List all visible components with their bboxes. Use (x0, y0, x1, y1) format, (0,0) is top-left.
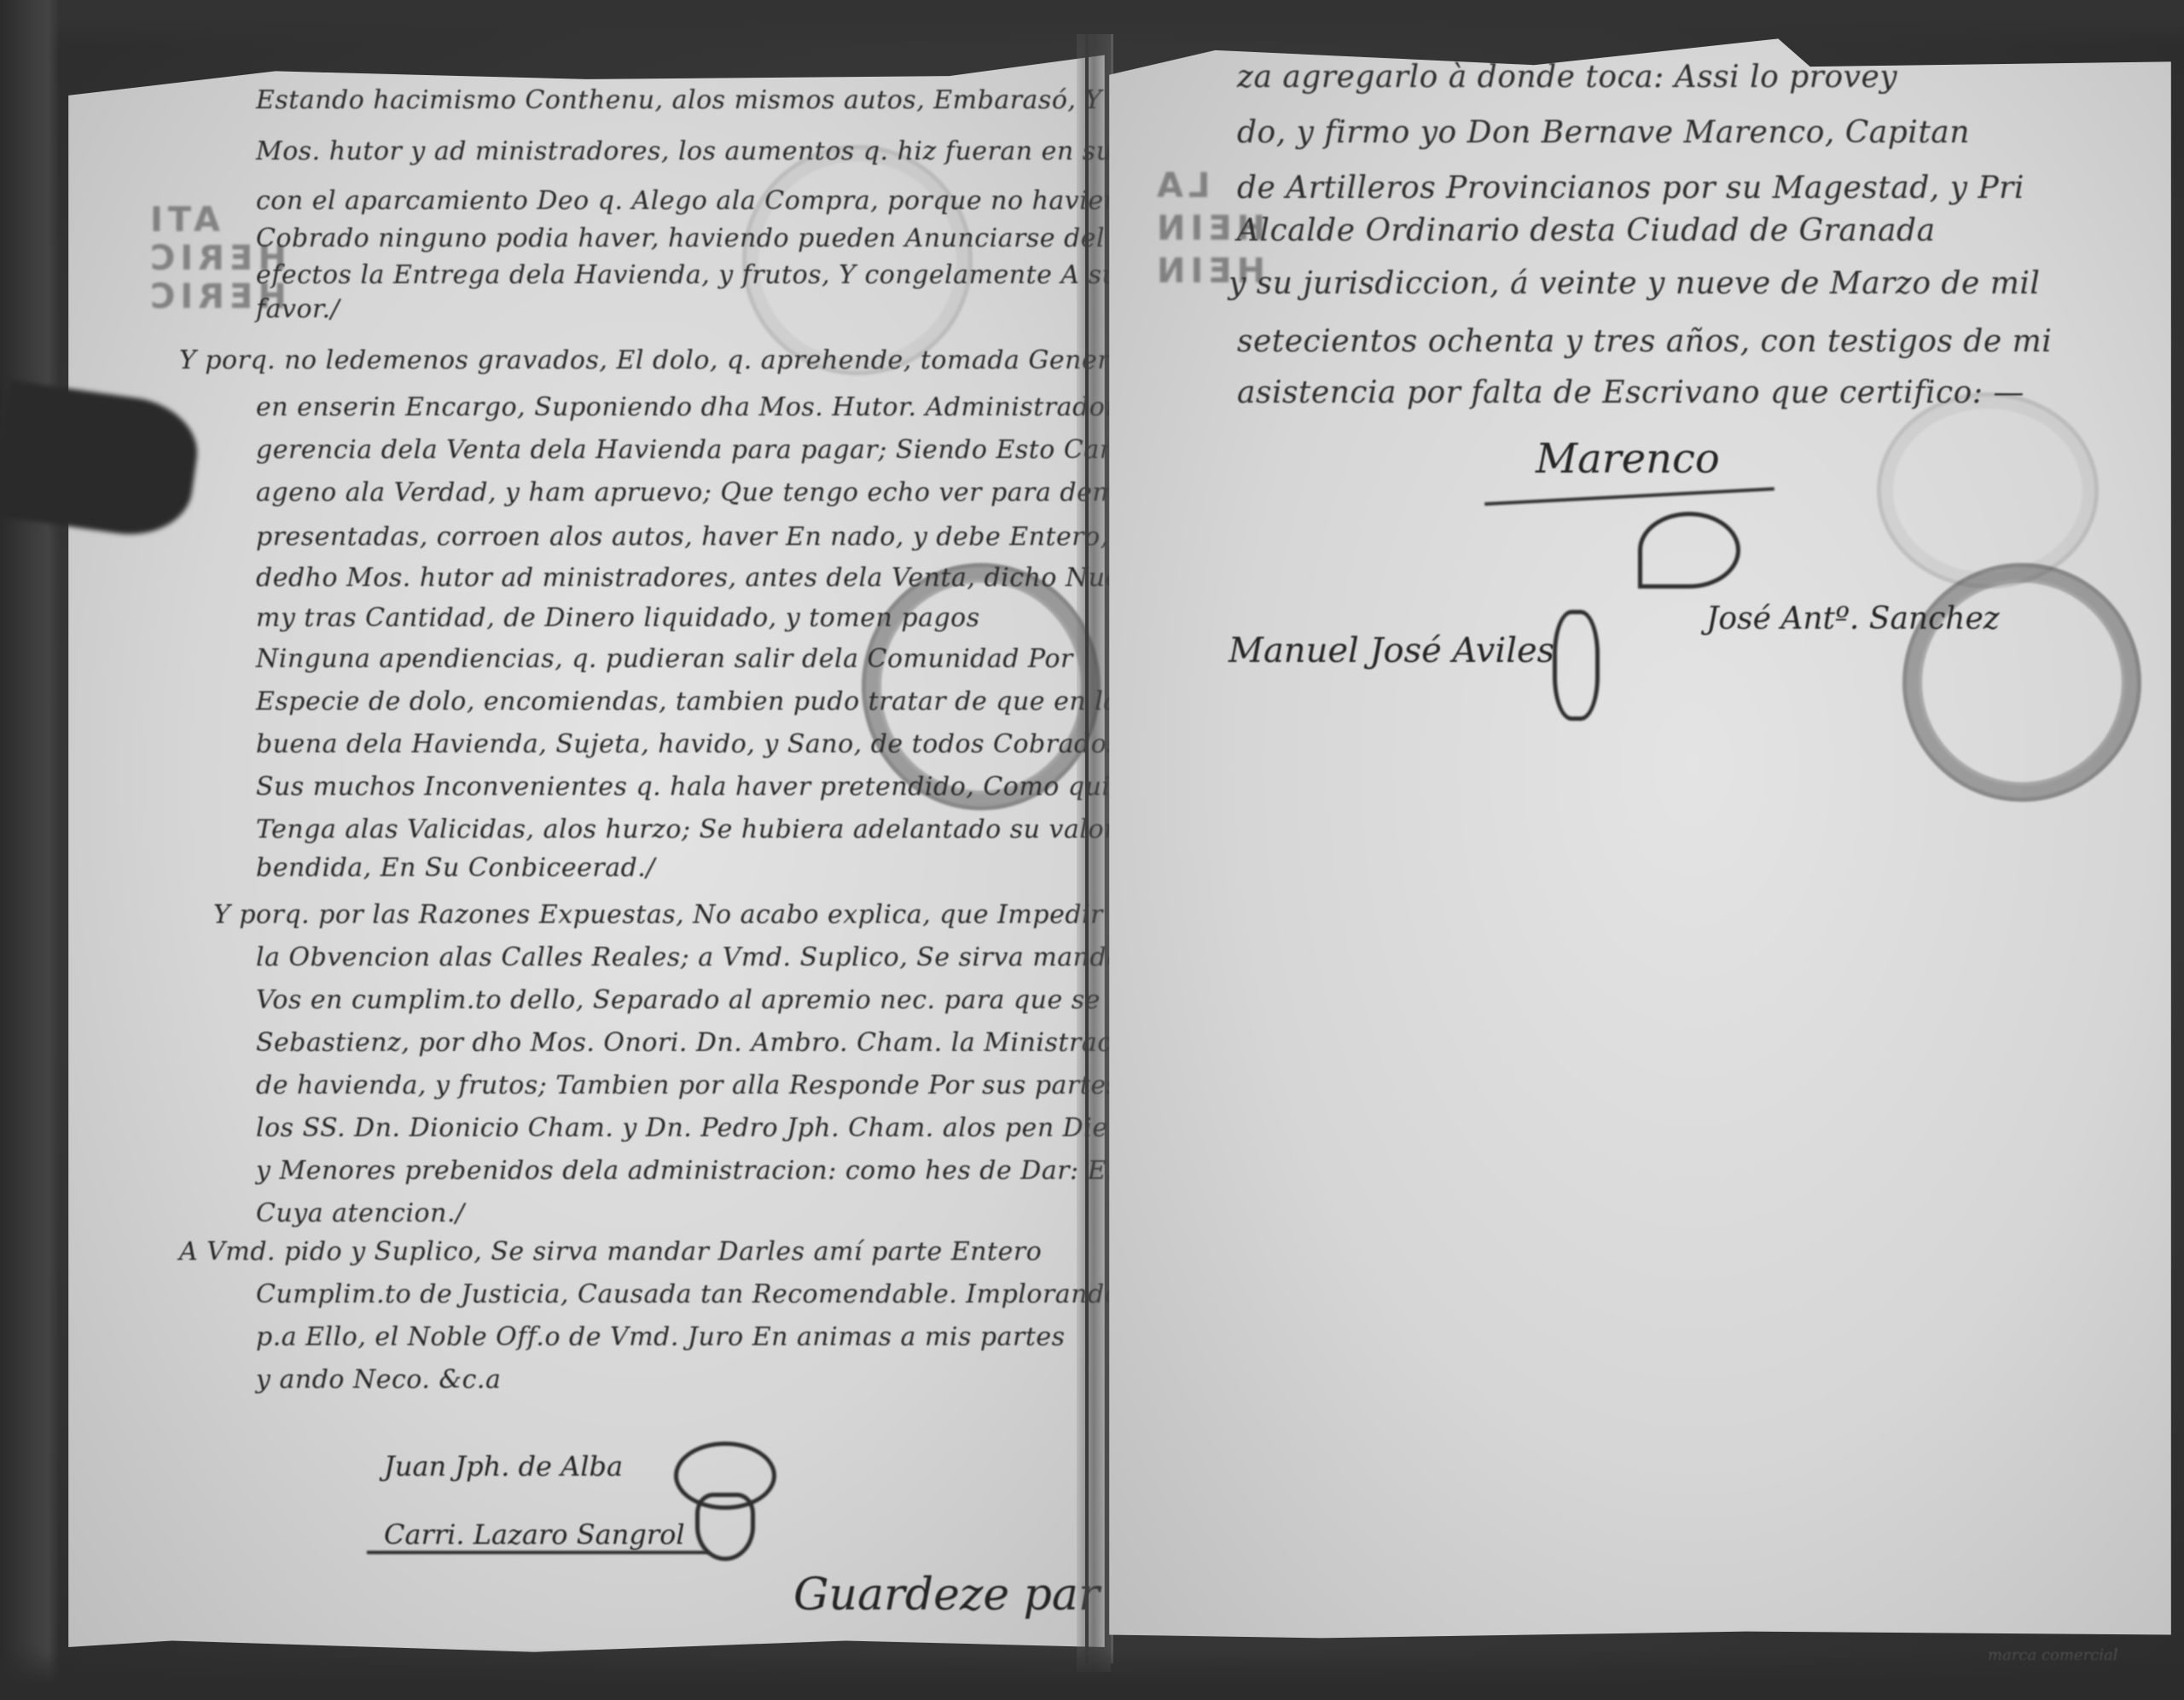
catchword: Guardeze par (793, 1569, 1100, 1621)
seal-right-lower (1902, 563, 2141, 802)
bleed-through-stamp-right-1: LA (1152, 166, 1210, 206)
left-line-18: Tenga alas Valicidas, alos hurzo; Se hub… (256, 815, 1117, 844)
left-line-28: A Vmd. pido y Suplico, Se sirva mandar D… (179, 1237, 1042, 1267)
left-line-16: buena dela Havienda, Sujeta, havido, y S… (256, 729, 1174, 759)
left-line-9: gerencia dela Venta dela Havienda para p… (256, 435, 1165, 465)
signature-jose-antonio: José Antº. Sanchez (1706, 601, 2000, 636)
left-line-10: ageno ala Verdad, y ham apruevo; Que ten… (256, 478, 1146, 508)
left-line-17: Sus muchos Inconvenientes q. hala haver … (256, 772, 1163, 802)
right-line-6: setecientos ochenta y tres años, con tes… (1237, 324, 2052, 359)
left-line-21: la Obvencion alas Calles Reales; a Vmd. … (256, 943, 1122, 972)
left-signature-line-2: Carri. Lazaro Sangrol (384, 1518, 685, 1551)
signature-manuel-jose-aviles: Manuel José Aviles (1228, 631, 1554, 670)
left-signature-line-1: Juan Jph. de Alba (384, 1450, 623, 1482)
right-line-7: asistencia por falta de Escrivano que ce… (1237, 375, 2024, 410)
left-line-27: Cuya atencion./ (256, 1198, 465, 1228)
left-line-2: Mos. hutor y ad ministradores, los aumen… (256, 136, 1200, 166)
left-line-11: presentadas, corroen alos autos, haver E… (256, 522, 1211, 552)
rubric-spiral-icon (695, 1493, 755, 1561)
left-line-15: Especie de dolo, encomiendas, tambien pu… (256, 687, 1133, 717)
right-line-4: Alcalde Ordinario desta Ciudad de Granad… (1237, 213, 1936, 248)
right-line-2: do, y firmo yo Don Bernave Marenco, Capi… (1237, 115, 1970, 150)
right-line-5: y su jurisdiccion, á veinte y nueve de M… (1228, 266, 2040, 301)
left-line-30: p.a Ello, el Noble Off.o de Vmd. Juro En… (256, 1322, 1066, 1352)
right-line-1: za agregarlo à donde toca: Assi lo prove… (1237, 60, 1897, 95)
bleed-through-stamp-left: ATI (145, 200, 220, 240)
left-line-7: Y porq. no ledemenos gravados, El dolo, … (179, 345, 1110, 375)
left-line-25: los SS. Dn. Dionicio Cham. y Dn. Pedro J… (256, 1113, 1173, 1143)
left-line-20: Y porq. por las Razones Expuestas, No ac… (213, 900, 1194, 930)
binding-gutter (1077, 34, 1111, 1672)
left-page-margin-rule (1085, 34, 1089, 1663)
left-line-8: en enserin Encargo, Suponiendo dha Mos. … (256, 392, 1179, 422)
left-line-4: Cobrado ninguno podia haver, haviendo pu… (256, 223, 1187, 253)
left-line-22: Vos en cumplim.to dello, Separado al apr… (256, 985, 1101, 1015)
left-edge-shadow (0, 0, 60, 1700)
left-line-12: dedho Mos. hutor ad ministradores, antes… (256, 563, 1152, 593)
left-line-24: de havienda, y frutos; Tambien por alla … (256, 1070, 1129, 1100)
left-line-26: y Menores prebenidos dela administracion… (256, 1156, 1124, 1186)
left-line-23: Sebastienz, por dho Mos. Onori. Dn. Ambr… (256, 1028, 1153, 1058)
signature-marenco: Marenco (1536, 435, 1720, 483)
left-line-19: bendida, En Su Conbiceerad./ (256, 853, 655, 883)
signature-flourish-icon (1638, 512, 1740, 589)
signature-aviles-rubric-icon (1553, 610, 1600, 721)
right-line-3: de Artilleros Provincianos por su Magest… (1237, 171, 2024, 206)
left-line-29: Cumplim.to de Justicia, Causada tan Reco… (256, 1279, 1120, 1309)
left-line-1: Estando hacimismo Conthenu, alos mismos … (256, 85, 1197, 115)
faint-seal-right-top (1877, 392, 2099, 589)
left-line-6: favor./ (256, 294, 340, 324)
left-line-14: Ninguna apendiencias, q. pudieran salir … (256, 644, 1073, 674)
left-line-31: y ando Neco. &c.a (256, 1365, 501, 1395)
signature-underline (367, 1551, 708, 1554)
bottom-shadow (0, 1649, 2184, 1700)
left-line-13: my tras Cantidad, de Dinero liquidado, y… (256, 603, 980, 633)
